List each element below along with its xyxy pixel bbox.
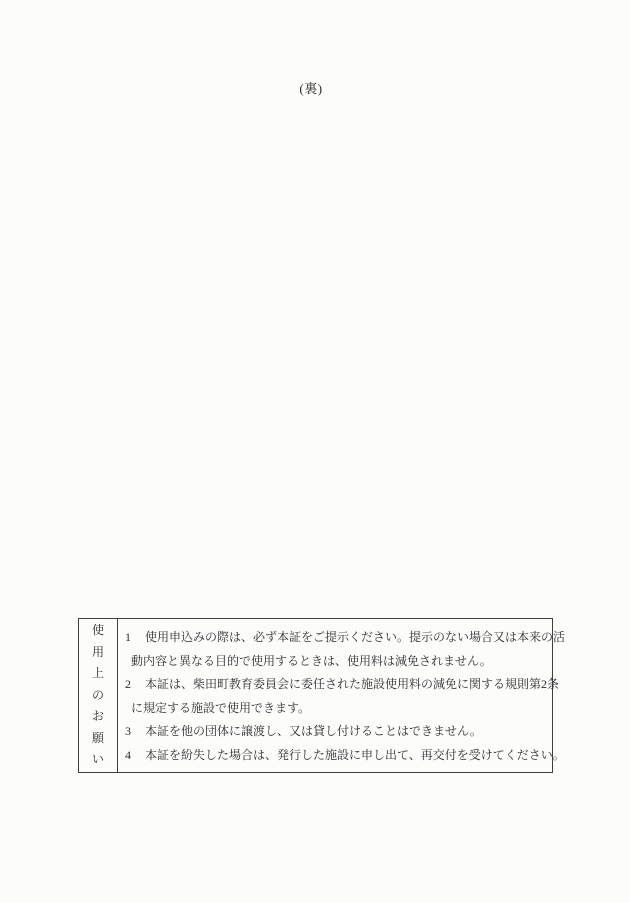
note-number: 3 bbox=[123, 720, 145, 744]
header-char: お bbox=[92, 706, 104, 728]
document-page-back: (裏) 使 用 上 の お 願 い 1 使用申込みの際は、必ず本証をご提示くださ… bbox=[0, 0, 630, 903]
note-item: 4 本証を紛失した場合は、発行した施設に申し出て、再交付を受けてください。 bbox=[123, 744, 565, 768]
note-line: 1 使用申込みの際は、必ず本証をご提示ください。提示のない場合又は本来の活 bbox=[123, 626, 565, 650]
note-text: 本証は、柴田町教育委員会に委任された施設使用料の減免に関する規則第2条 bbox=[145, 673, 559, 697]
usage-notes-table: 使 用 上 の お 願 い 1 使用申込みの際は、必ず本証をご提示ください。提示… bbox=[78, 618, 553, 773]
page-side-label: (裏) bbox=[0, 78, 622, 97]
note-text: 本証を他の団体に譲渡し、又は貸し付けることはできません。 bbox=[145, 720, 482, 744]
note-number: 1 bbox=[123, 626, 145, 650]
note-line: 2 本証は、柴田町教育委員会に委任された施設使用料の減免に関する規則第2条 bbox=[123, 673, 565, 697]
note-number: 2 bbox=[123, 673, 145, 697]
usage-notes-content-cell: 1 使用申込みの際は、必ず本証をご提示ください。提示のない場合又は本来の活 動内… bbox=[118, 619, 569, 772]
note-number: 4 bbox=[123, 744, 145, 768]
note-text: 本証を紛失した場合は、発行した施設に申し出て、再交付を受けてください。 bbox=[145, 744, 565, 768]
note-line: 4 本証を紛失した場合は、発行した施設に申し出て、再交付を受けてください。 bbox=[123, 744, 565, 768]
note-text: 使用申込みの際は、必ず本証をご提示ください。提示のない場合又は本来の活 bbox=[145, 626, 565, 650]
header-char: い bbox=[92, 749, 104, 771]
header-char: 願 bbox=[92, 728, 104, 750]
note-text-continuation: 動内容と異なる目的で使用するときは、使用料は減免されません。 bbox=[123, 650, 565, 674]
note-text-continuation: に規定する施設で使用できます。 bbox=[123, 697, 565, 721]
note-item: 2 本証は、柴田町教育委員会に委任された施設使用料の減免に関する規則第2条 に規… bbox=[123, 673, 565, 720]
note-item: 3 本証を他の団体に譲渡し、又は貸し付けることはできません。 bbox=[123, 720, 565, 744]
header-char: の bbox=[92, 685, 104, 707]
header-char: 上 bbox=[92, 663, 104, 685]
usage-notes-header-cell: 使 用 上 の お 願 い bbox=[79, 619, 118, 772]
header-char: 使 bbox=[92, 620, 104, 642]
header-char: 用 bbox=[92, 642, 104, 664]
note-line: 3 本証を他の団体に譲渡し、又は貸し付けることはできません。 bbox=[123, 720, 565, 744]
note-item: 1 使用申込みの際は、必ず本証をご提示ください。提示のない場合又は本来の活 動内… bbox=[123, 626, 565, 673]
